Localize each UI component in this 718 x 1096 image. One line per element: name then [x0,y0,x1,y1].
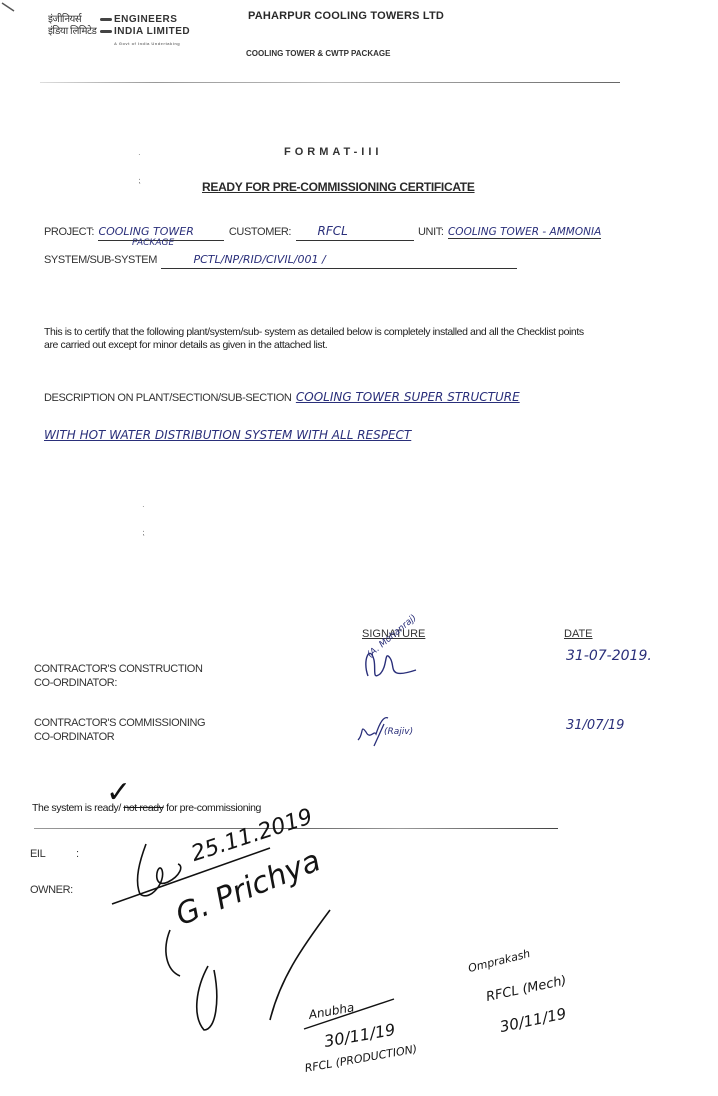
customer-label: CUSTOMER: [229,226,291,238]
system-field: PCTL/NP/RID/CIVIL/001 / [161,250,517,269]
corner-mark [0,0,30,20]
system-label: SYSTEM/SUB-SYSTEM [44,254,157,266]
date-header: DATE [564,628,593,640]
eil-colon: : [76,848,79,860]
readiness-statement: The system is ready/ not ready for pre-c… [32,802,261,814]
system-value: PCTL/NP/RID/CIVIL/001 / [193,253,325,266]
owner-label: OWNER: [30,884,73,896]
scan-speck: ⁏ [142,528,145,537]
project-label: PROJECT: [44,226,94,238]
system-row: SYSTEM/SUB-SYSTEM PCTL/NP/RID/CIVIL/001 … [44,250,517,269]
certify-paragraph: This is to certify that the following pl… [44,326,584,351]
logo-hindi-text: इंजीनियर्स इंडिया लिमिटेड [48,14,96,38]
unit-label: UNIT: [418,226,444,238]
header-divider [40,82,620,83]
project-value: COOLING TOWER [98,225,193,238]
eil-label: EIL [30,848,45,860]
unit-value: COOLING TOWER - AMMONIA [448,226,601,239]
production-dept: RFCL (PRODUCTION) [304,1042,418,1075]
commissioning-coordinator-label: CONTRACTOR'S COMMISSIONING CO-ORDINATOR [34,716,205,744]
not-ready-option: not ready [123,802,163,814]
package-name: COOLING TOWER & CWTP PACKAGE [246,49,390,58]
description-label: DESCRIPTION ON PLANT/SECTION/SUB-SECTION [44,392,291,404]
construction-coordinator-label: CONTRACTOR'S CONSTRUCTION CO-ORDINATOR: [34,662,203,690]
description-row: DESCRIPTION ON PLANT/SECTION/SUB-SECTION… [44,388,520,406]
mech-date: 30/11/19 [498,1004,568,1036]
description-value-line2: WITH HOT WATER DISTRIBUTION SYSTEM WITH … [44,428,411,442]
mech-dept: RFCL (Mech) [485,973,568,1005]
logo-bar-top [100,18,112,21]
description-value-line1: COOLING TOWER SUPER STRUCTURE [296,390,520,404]
logo-english-text: ENGINEERS INDIA LIMITED A Govt of India … [114,14,190,50]
customer-field: RFCL [296,222,414,241]
scan-speck: · [142,502,145,511]
project-row: PROJECT: COOLING TOWER CUSTOMER: RFCL UN… [44,222,601,241]
customer-value: RFCL [318,224,348,238]
commissioning-signature: (Rajiv) [384,727,413,737]
company-name: PAHARPUR COOLING TOWERS LTD [248,10,444,22]
commissioning-date: 31/07/19 [566,718,624,733]
construction-date: 31-07-2019. [566,648,652,664]
logo-bar-bottom [100,30,112,33]
scan-speck: · [138,150,141,159]
ready-option: ready [94,802,118,814]
certificate-title: READY FOR PRE-COMMISSIONING CERTIFICATE [202,180,475,194]
project-value-line2: PACKAGE [132,238,174,248]
construction-signature-stroke [360,640,420,690]
scan-speck: ⁏ [138,176,141,185]
format-label: FORMAT-III [284,146,382,158]
